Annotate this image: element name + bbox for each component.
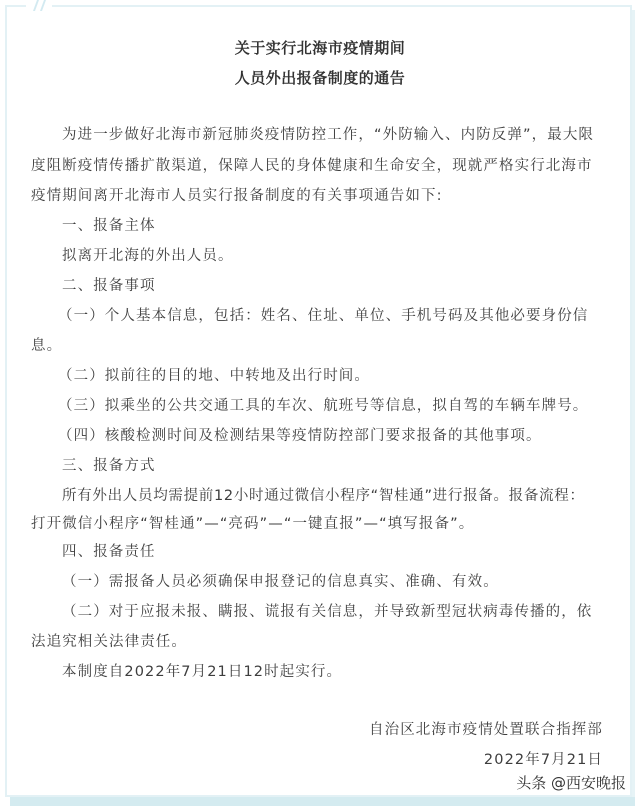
body-line: 为进一步做好北海市新冠肺炎疫情防控工作，“外防输入、内防反弹”，最大限 (62, 125, 594, 145)
section-heading-1: 一、报备主体 (62, 216, 156, 236)
body-line: （三）拟乘坐的公共交通工具的车次、航班号等信息，拟自驾的车辆车牌号。 (58, 396, 588, 416)
frame-shadow-bottom (10, 797, 635, 806)
body-line: （一）个人基本信息，包括：姓名、住址、单位、手机号码及其他必要身份信 (58, 306, 588, 326)
body-line: （二）对于应报未报、瞒报、谎报有关信息，并导致新型冠状病毒传播的，依 (62, 602, 592, 622)
source-watermark: 头条 @西安晚报 (516, 772, 626, 793)
body-line: 息。 (31, 336, 62, 356)
body-line: （四）核酸检测时间及检测结果等疫情防控部门要求报备的其他事项。 (58, 426, 542, 446)
notice-title-line-1: 关于实行北海市疫情期间 (0, 37, 640, 58)
body-line: 所有外出人员均需提前12小时通过微信小程序“智桂通”进行报备。报备流程： (62, 486, 585, 506)
section-heading-2: 二、报备事项 (62, 276, 156, 296)
body-line: （一）需报备人员必须确保申报登记的信息真实、准确、有效。 (62, 572, 499, 592)
body-line: 打开微信小程序“智桂通”—“亮码”—“一键直报”—“填写报备”。 (31, 514, 474, 534)
document-date: 2022年7月21日 (484, 750, 603, 770)
body-line: 疫情期间离开北海市人员实行报备制度的有关事项通告如下: (31, 186, 443, 206)
body-line: （二）拟前往的目的地、中转地及出行时间。 (58, 366, 370, 386)
notice-title-line-2: 人员外出报备制度的通告 (0, 67, 640, 88)
frame-shadow-right (632, 10, 635, 806)
effective-date-line: 本制度自2022年7月21日12时起实行。 (62, 662, 342, 682)
section-heading-4: 四、报备责任 (62, 542, 156, 562)
body-line: 法追究相关法律责任。 (31, 632, 187, 652)
frame-gap (26, 0, 52, 10)
section-heading-3: 三、报备方式 (62, 456, 156, 476)
body-line: 度阻断疫情传播扩散渠道，保障人民的身体健康和生命安全，现就严格实行北海市 (31, 156, 593, 176)
signature: 自治区北海市疫情处置联合指挥部 (369, 720, 603, 740)
body-line: 拟离开北海的外出人员。 (62, 246, 234, 266)
